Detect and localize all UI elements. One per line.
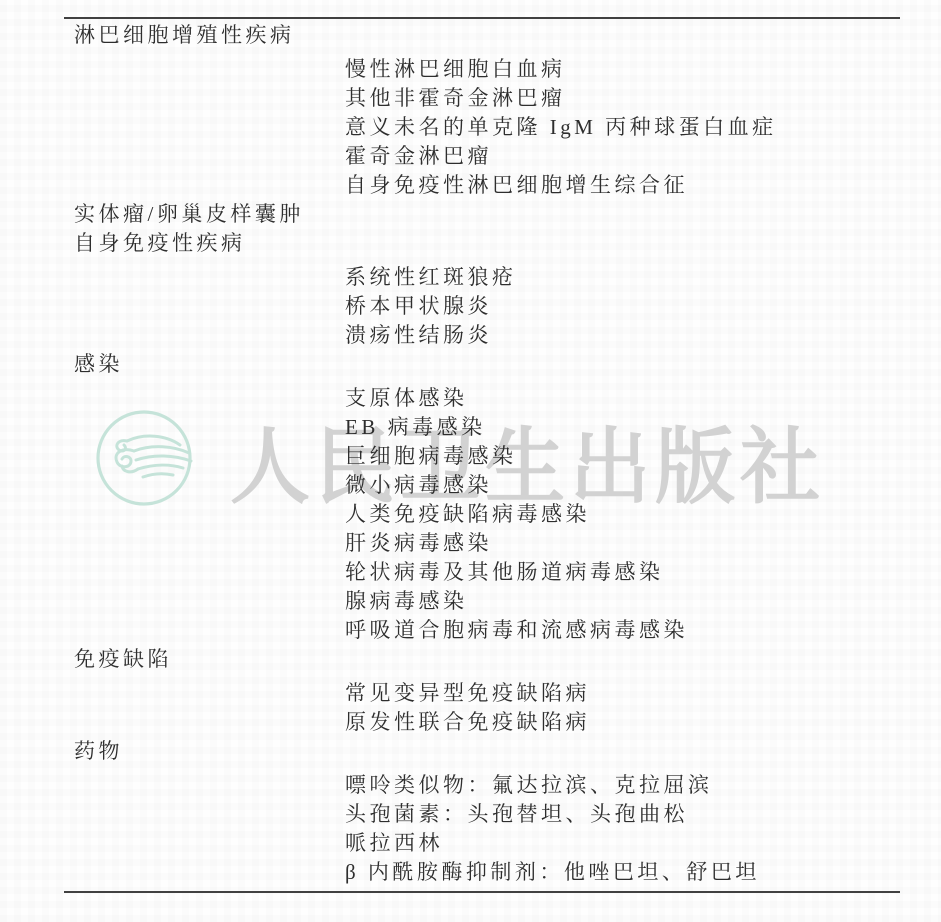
table-row-item: 常见变异型免疫缺陷病 xyxy=(64,679,900,708)
table-row-item: 其他非霍奇金淋巴瘤 xyxy=(64,84,900,113)
table-row-item: 意义未名的单克隆 IgM 丙种球蛋白血症 xyxy=(64,113,900,142)
table-row-category: 免疫缺陷 xyxy=(64,645,900,674)
table-row-item: 哌拉西林 xyxy=(64,829,900,858)
table-row-item: 慢性淋巴细胞白血病 xyxy=(64,55,900,84)
table-row-category: 自身免疫性疾病 xyxy=(64,229,900,258)
table-row-category: 淋巴细胞增殖性疾病 xyxy=(64,21,900,50)
table-row-item: 霍奇金淋巴瘤 xyxy=(64,142,900,171)
table-row-item: 头孢菌素：头孢替坦、头孢曲松 xyxy=(64,800,900,829)
table-row-item: 支原体感染 xyxy=(64,384,900,413)
table-row-item: 溃疡性结肠炎 xyxy=(64,321,900,350)
table-row-item: 巨细胞病毒感染 xyxy=(64,442,900,471)
table-row-category: 实体瘤/卵巢皮样囊肿 xyxy=(64,200,900,229)
table-row-item: 腺病毒感染 xyxy=(64,587,900,616)
table-row-item: 轮状病毒及其他肠道病毒感染 xyxy=(64,558,900,587)
table-row-item: 肝炎病毒感染 xyxy=(64,529,900,558)
table-row-item: 系统性红斑狼疮 xyxy=(64,263,900,292)
table-row-item: EB 病毒感染 xyxy=(64,413,900,442)
table-row-item: 微小病毒感染 xyxy=(64,471,900,500)
table-row-category: 感染 xyxy=(64,350,900,379)
table-row-item: β 内酰胺酶抑制剂：他唑巴坦、舒巴坦 xyxy=(64,858,900,887)
table-row-item: 桥本甲状腺炎 xyxy=(64,292,900,321)
table-row-item: 自身免疫性淋巴细胞增生综合征 xyxy=(64,171,900,200)
table-row-item: 嘌呤类似物：氟达拉滨、克拉屈滨 xyxy=(64,771,900,800)
disease-cause-table: 淋巴细胞增殖性疾病慢性淋巴细胞白血病其他非霍奇金淋巴瘤意义未名的单克隆 IgM … xyxy=(64,17,900,893)
table-row-item: 人类免疫缺陷病毒感染 xyxy=(64,500,900,529)
table-row-item: 原发性联合免疫缺陷病 xyxy=(64,708,900,737)
table-row-category: 药物 xyxy=(64,737,900,766)
table-row-item: 呼吸道合胞病毒和流感病毒感染 xyxy=(64,616,900,645)
table-rows: 淋巴细胞增殖性疾病慢性淋巴细胞白血病其他非霍奇金淋巴瘤意义未名的单克隆 IgM … xyxy=(64,21,900,887)
